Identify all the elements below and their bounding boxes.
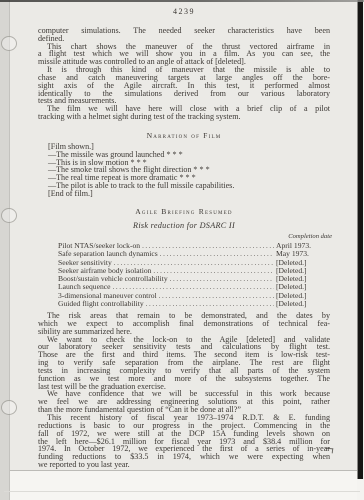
dot-leader [113, 283, 275, 291]
paragraph-text: This chart shows the maneuver of the thr… [38, 43, 330, 59]
completion-date-value: [Deleted.] [276, 275, 322, 282]
risk-reduction-subheading: Risk reduction for DSARC II [38, 221, 330, 231]
dot-leader [160, 250, 274, 258]
risk-table: Pilot NTAS/seeker lock-on April 1973. Sa… [58, 242, 322, 308]
completion-date-column-header: Completion date [38, 233, 332, 241]
page-content: 4239 computer simulations. The needed se… [38, 0, 330, 469]
completion-date-value: [Deleted.] [276, 300, 322, 307]
risk-item-label: Boost/sustain vehicle controllability [58, 275, 168, 282]
paragraph-text: The risk areas that remain to be demonst… [38, 312, 330, 328]
risk-item-label: Seeker sensitivity [58, 259, 112, 266]
page-bottom-area [10, 470, 357, 500]
scan-right-edge [357, 0, 363, 479]
paragraph: The risk areas that remain to be demonst… [38, 312, 330, 336]
dot-leader [153, 267, 274, 275]
paragraph-text: It is through this kind of maneuver that… [38, 66, 330, 97]
page-number: 4239 [38, 8, 330, 16]
paragraph-last-line: we reported to you last year. [38, 461, 330, 469]
narration-heading: Narration of Film [38, 131, 330, 140]
paragraph: We have confidence that we will be succe… [38, 390, 330, 414]
paragraph: This recent history of fiscal year 1973–… [38, 414, 330, 469]
completion-date-value: [Deleted.] [276, 283, 322, 290]
risk-item-label: Safe separation launch dynamics [58, 250, 158, 257]
completion-date-value: May 1973. [276, 250, 322, 257]
risk-item-label: Pilot NTAS/seeker lock-on [58, 242, 140, 249]
completion-date-value: [Deleted.] [276, 259, 322, 266]
paragraph: This chart shows the maneuver of the thr… [38, 43, 330, 67]
completion-date-value: [Deleted.] [276, 267, 322, 274]
paragraph: computer simulations. The needed seeker … [38, 27, 330, 43]
hole-punch [1, 400, 17, 415]
paragraph-text: This recent history of fiscal year 1973–… [38, 414, 330, 461]
paragraph: We want to check the lock-on to the Agil… [38, 336, 330, 391]
hole-punch [1, 208, 17, 223]
paragraph-text: computer simulations. The needed seeker … [38, 27, 330, 35]
film-narration-list: [Film shown.] —The missile was ground la… [48, 143, 330, 198]
risk-item-label: 3-dimensional maneuver control [58, 292, 157, 299]
dot-leader [114, 259, 274, 267]
intro-section: computer simulations. The needed seeker … [38, 27, 330, 121]
scan-left-margin [0, 0, 10, 500]
closing-section: The risk areas that remain to be demonst… [38, 312, 330, 469]
paragraph-text: We want to check the lock-on to the Agil… [38, 336, 330, 383]
completion-date-value: April 1973. [276, 242, 322, 249]
briefing-resumed-heading: Agile Briefing Resumed [38, 207, 330, 216]
dot-leader [142, 242, 274, 250]
dot-leader [159, 292, 274, 300]
scanned-page: 4239 computer simulations. The needed se… [0, 0, 364, 500]
risk-item-label: Seeker airframe body isolation [58, 267, 151, 274]
completion-date-value: [Deleted.] [276, 292, 322, 299]
next-page-edge [4, 491, 360, 492]
dot-leader [146, 300, 274, 308]
paragraph: The film we will have here will close wi… [38, 105, 330, 121]
paragraph-text: We have confidence that we will be succe… [38, 390, 330, 406]
risk-item-label: Launch sequence [58, 283, 111, 290]
table-row: Guided flight controllability [Deleted.] [58, 300, 322, 308]
paragraph: It is through this kind of maneuver that… [38, 66, 330, 105]
dot-leader [170, 275, 274, 283]
paragraph-last-line: tracking with a helmet sight during test… [38, 113, 330, 121]
hole-punch [1, 36, 17, 51]
risk-item-label: Guided flight controllability [58, 300, 144, 307]
